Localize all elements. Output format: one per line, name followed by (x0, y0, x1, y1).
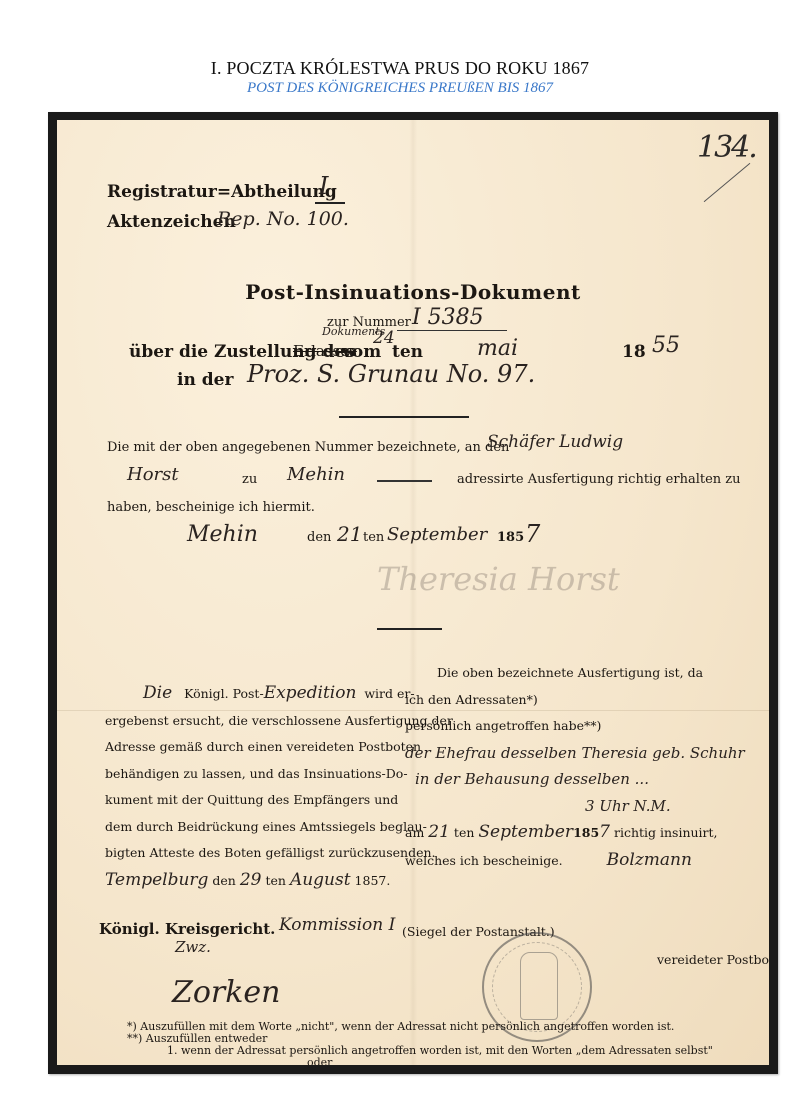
left-month: August (290, 870, 351, 890)
receipt-zu: zu (242, 472, 257, 487)
right-suffix: richtig insinuirt, (614, 825, 718, 840)
right-line5-text: welches ich bescheinige. (405, 853, 563, 868)
right-month: September (478, 822, 573, 842)
document-title: Post-Insinuations-Dokument (57, 280, 769, 304)
right-line2: ich den Adressaten*) (405, 687, 725, 714)
right-line3: persönlich angetroffen habe**) (405, 713, 725, 740)
right-hand3: 3 Uhr N.M. (405, 793, 725, 820)
right-hand1: der Ehefrau desselben Theresia geb. Schu… (405, 740, 725, 767)
nummer-underline (397, 330, 507, 331)
left-date-place: Tempelburg (105, 870, 208, 890)
court-label: Königl. Kreisgericht. (99, 920, 275, 938)
footnote-3: 1. wenn der Adressat persönlich angetrof… (167, 1044, 713, 1057)
right-line5: welches ich bescheinige. Bolzmann (405, 847, 725, 875)
zustellung-month: mai (477, 336, 518, 361)
receipt-dash (377, 480, 432, 482)
receipt-line2: adressirte Ausfertigung richtig erhalten… (457, 472, 741, 487)
receipt-year-handwritten: 7 (525, 520, 540, 548)
right-year-printed: 185 (573, 825, 599, 840)
receipt-day: 21 (337, 522, 362, 546)
left-line: Adresse gemäß durch einen vereideten Pos… (105, 734, 405, 761)
court-signature-initials: Zwz. (175, 938, 211, 956)
left-line: kument mit der Quittung des Empfängers u… (105, 787, 405, 814)
registratur-label: Registratur=Abtheilung (107, 182, 337, 202)
receipt-date-place: Mehin (187, 522, 258, 547)
left-koenigl: Königl. Post- (184, 686, 264, 701)
divider-rule-2 (377, 628, 442, 630)
left-first-line: Die Königl. Post-Expedition wird er- (105, 680, 405, 708)
pencil-mark (704, 163, 751, 202)
receipt-den: den (307, 530, 331, 545)
document-paper: 134. Registratur=Abtheilung I Aktenzeich… (57, 120, 769, 1065)
receipt-line3: haben, bescheinige ich hiermit. (107, 500, 315, 515)
zustellung-ten: ten (392, 342, 423, 362)
left-prefix-hand: Die (143, 683, 172, 703)
divider-rule (339, 416, 469, 418)
left-date-line: Tempelburg den 29 ten August 1857. (105, 867, 405, 895)
left-ten: ten (265, 873, 285, 888)
receipt-recipient-title: Schäfer Ludwig (487, 432, 623, 452)
right-column: Die oben bezeichnete Ausfertigung ist, d… (405, 660, 725, 874)
page-title: I. POCZTA KRÓLESTWA PRUS DO ROKU 1867 (0, 58, 800, 79)
right-ten: ten (454, 825, 474, 840)
receipt-ten: ten (363, 530, 384, 545)
postman-label: vereideter Postbote. (657, 952, 769, 967)
postman-signature: Bolzmann (567, 850, 692, 870)
left-expedition-hand: Expedition (264, 683, 357, 703)
pencil-signature: Theresia Horst (377, 560, 620, 598)
left-line: dem durch Beidrückung eines Amtssiegels … (105, 814, 405, 841)
left-line: behändigen zu lassen, und das Insinuatio… (105, 761, 405, 788)
registratur-value: I (319, 172, 328, 200)
registratur-underline (315, 202, 345, 204)
left-line: ergebenst ersucht, die verschlossene Aus… (105, 708, 405, 735)
left-line: bigten Atteste des Boten gefälligst zurü… (105, 840, 405, 867)
document-frame: 134. Registratur=Abtheilung I Aktenzeich… (48, 112, 778, 1074)
left-year: 1857. (355, 873, 391, 888)
receipt-place: Mehin (287, 464, 345, 485)
right-am: am (405, 825, 424, 840)
court-signature: Zorken (172, 975, 281, 1010)
nummer-value: I 5385 (412, 305, 484, 330)
right-date-line: am 21 ten September1857 richtig insinuir… (405, 819, 725, 847)
court-handwritten: Kommission I (279, 915, 395, 935)
left-day: 29 (240, 870, 262, 890)
receipt-year-printed: 185 (497, 530, 524, 545)
aktenzeichen-value: Rep. No. 100. (217, 208, 349, 230)
right-hand2: in der Behausung desselben ... (405, 766, 725, 793)
corner-number: 134. (697, 130, 756, 165)
left-den: den (212, 873, 235, 888)
seal-crest-icon (520, 952, 558, 1020)
page-subtitle: POST DES KÖNIGREICHES PREUßEN BIS 1867 (0, 80, 800, 97)
in-der-value: Proz. S. Grunau No. 97. (247, 360, 535, 388)
zustellung-year-printed: 18 (622, 342, 646, 362)
left-column: Die Königl. Post-Expedition wird er- erg… (105, 680, 405, 894)
zustellung-year-handwritten: 55 (652, 333, 680, 358)
footnote-4: oder (307, 1056, 332, 1065)
receipt-month: September (387, 524, 487, 545)
right-day: 21 (428, 822, 450, 842)
right-line1: Die oben bezeichnete Ausfertigung ist, d… (405, 660, 725, 687)
right-year-handwritten: 7 (599, 822, 610, 842)
receipt-line1: Die mit der oben angegebenen Nummer beze… (107, 440, 509, 455)
receipt-recipient-name: Horst (127, 464, 179, 485)
in-der-label: in der (177, 370, 233, 390)
